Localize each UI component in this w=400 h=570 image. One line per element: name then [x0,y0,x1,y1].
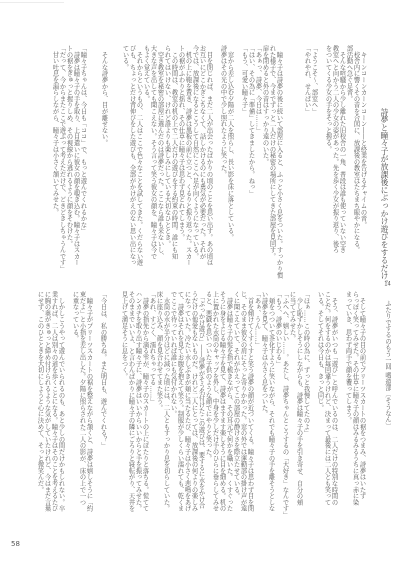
text-column: 詩夢はその光の中で少し照れたように笑った。 [220,45,227,281]
blank-column [65,291,72,529]
blank-column [290,45,297,281]
text-column: 今では、放課後になるとこうして自然にここへ足が向くようになっている。 [192,45,199,281]
text-column: まっていき、思わず両手で顔を覆ってしまう。 [345,291,352,529]
section-heading: ふたりでするのもう一回、 [383,300,391,370]
text-column: に当ててみせた。 [289,291,296,529]
page-edge-rule [0,2,64,3]
text-column: キーンコーンカーンコーン――と終業を告げるチャイムの音。 [360,45,367,281]
blank-column [115,45,122,281]
text-column: 首を傾けてくすくすと笑う詩夢の顔が近づいてくる。瞳々子は思わず目を閉 [247,291,254,529]
dialogue-column: 「ふへへ、嬉しい……。あたし、詩夢ちゃんとこうするの「大好き」なんです」 [282,291,289,529]
dialogue-column: 「もう、可愛い瞳々子」 [241,45,248,281]
text-column: 束だよ」と小指を差し出した。夕陽に照らされた二人の影が、床の上で一つ [79,291,86,529]
dialogue-column: 「はい、その為に「準備」してきましたから。ねっ」 [248,45,255,281]
text-column: らっぽく笑ってみせた。その仕草に瞳々子の顔はみるみるうちに真っ赤に染 [352,291,359,529]
dialogue-column: 「ようこそ～、部室へ」 [311,45,318,281]
page-number: 58 [11,540,20,548]
text-column: 見上げて満足そうに息をつく。 [121,291,128,529]
text-column: い詩夢を見て、瞳々子は小さく息をついた。 [261,291,268,529]
blank-column [234,45,241,281]
text-column: お互いにどこかぎこちなくて、話しかけるのにも勇気が必要だった。それが [199,45,206,281]
blank-column [283,45,290,281]
text-column: 詩夢は瞳々子の髪を指で梳きながら、その耳元で何かを囁いた。くすぐった [226,291,233,529]
text-column: いる。そしてそれは今日も、きっと同じ。 [317,291,324,529]
text-column: そのままでいいよ、と言わんばかりに瞳々子の隣にごろりと寝転がり、天井を [128,291,135,529]
text-column: 大きな声を出しても聞こえない。そう言って笑う彼女の顔を、瞳々子は今で [150,45,157,281]
text-column: 瞳々子がプリーツスカートの裾を整えながら頷くと、詩夢は嬉しそうに「約 [86,291,93,529]
dialogue-column: 「だって、今からまたここで遊ぶって考えただけで、どきどきしちゃうんです」 [59,45,66,281]
blank-column [108,45,115,281]
dialogue-column: 「瞳々子ちゃんは、今日も「ココ」で、もっと遊んでくれるかな」 [80,45,87,281]
text-column: そうに身をよじる瞳々子を見て、詩夢はますます楽しそうに目を細める。机の [219,291,226,529]
text-column: 教室へと向かう二人の少女の姿があった。先を歩く少女が振り返り、後ろ [332,45,339,281]
text-column: 窓から差し込む夕陽が二人を照らし、長い影を床に落としている。 [227,45,234,281]
text-column: 少し恥ずかしそうにしながらも、詩夢は瞳々子の手を引き寄せ、自分の頬 [296,291,303,529]
dialogue-column: 「あぁ、うん……」 [254,291,261,529]
text-column: になっていた。冷たい水しぶきが頬に当たるたび、瞳々子は小さく悲鳴をあげ [184,291,191,529]
dialogue-column: 「ほぁ……この時の為に、ずっと我慢してたのよ」 [303,291,310,529]
text-column: 目を閉じれば、まだ二人が出会ったばかりの頃のことを思い出す。あの頃は [206,45,213,281]
text-column: ると、悪戯を思いついた子供のような顔でにやりと笑った。 [205,291,212,529]
text-column: そんな詩夢から、目が離せない。 [101,45,108,281]
text-column: 甘い吐息を漏らしながら、瞳々子は小さく頷いてみせた。 [52,45,59,281]
text-column: に重なっている。 [72,291,79,529]
text-column: でここで待っていれば誰にも気付かれない。 [170,291,177,529]
text-column: そう、詩夢がいつも「遊び」と呼んでいるのは、二人だけの特別な時間の [331,291,338,529]
text-column: 机の上に鞄を置き、詩夢は黒板の前に立つと、くるりと振り返った。スカー [185,45,192,281]
blank-column [213,45,220,281]
text-column: ハンカチを取り出す瞳々子に、詩夢はいいからいいからと手を振ってみせた。 [135,291,142,529]
dialogue-column: 「今日は、私の勝ちね。また明日も、遊んでくれる？」 [100,291,107,529]
story-title: 詩夢と瞳々子が放課後にぶっかけ遊びをするだけ。 [379,108,389,298]
text-column: をついてくる少女の手をそっと握る。 [325,45,332,281]
text-column: うだけの他愛もないものだ。けれど二人にとっては、放課後の何よりの楽しみ [191,291,198,529]
section-number: 14 [383,281,392,293]
section-credit: 嗜遊部〔そうなん〕 [383,372,391,432]
dialogue-column: 「あぁっ、詩夢、今日は……」 [255,45,262,281]
text-column: 詩夢の指先から滴る雫が、瞳々子のスカートの上にぽたりと落ちる。慌てて [142,291,149,529]
text-column: 詩夢は瞳々子の手を取り、上目遣いに彼女の顔を覗き込む。瞳々子はスカー [73,45,80,281]
text-column: 業すれば、二人は別々の道を歩くことになる。瞳々子はそのことを考えるたび [51,291,58,529]
blank-column [114,291,121,529]
text-column: にせず、このひとときを大切にしようと心に決めて、そっと微笑んだ。 [37,291,44,529]
text-column: そんな喧騒から少し離れた旧校舎の一角、普段は誰も使っていない空き [339,45,346,281]
text-column: ている。 [122,45,129,281]
text-column: て、詩夢はそれを見てお腹を抱えて笑う。制服が少しくらい濡れても、乾くま [177,291,184,529]
blank-column [107,291,114,529]
text-column: そして瞳々子の目の前でプリーツスカートの裾をつまみ、詩夢はいたず [359,291,366,529]
dialogue-column: 「もう、詩夢のいじわる」 [275,291,282,529]
text-column: しかしこうやって遊んでいられるのも、あと少しの間だけかもしれない。卒 [58,291,65,529]
lower-text-block: そして瞳々子の目の前でプリーツスカートの裾をつまみ、詩夢はいたず らっぽく笑って… [37,291,366,529]
text-column: くに聞こえていて、それがかえってこの部屋の静けさを際立たせている。 [233,291,240,529]
text-column: 部活動へ急ぐ足音。 [346,45,353,281]
text-column: 頬をつついて茶化すように笑いながら、それでも瞳々子の手を離そうとしな [268,291,275,529]
dialogue-column: 「あれ、すごく、濡れちゃってる……」 [149,291,156,529]
text-column: もよく覚えている。 [143,45,150,281]
text-column: 上に置かれた水筒のキャップを外し、中身を少しだけ手のひらに垂らしてみせ [212,291,219,529]
text-column: それからというもの、二人はここで色々なことを試してきた。くだらない遊 [136,45,143,281]
text-column: 校舎内に響くその音を合図に、放課後の教室はたちまち賑やかになる。 [353,45,360,281]
blank-column [310,291,317,529]
text-column: 床に座り込み、顔を見合わせてまた笑う。 [156,291,163,529]
blank-column [93,291,100,529]
text-column: じ、そのまま彼女の肩にそっと寄りかかった。窓の外では運動部の掛け声が遠 [240,291,247,529]
blank-column [338,291,345,529]
blank-column [318,45,325,281]
text-column: トの裾をぎゅっと握りしめ、その視線から逃れるように顔をそむけた。 [66,45,73,281]
text-column: られてはいけない、けれど誰よりも楽しみにしている大切なひととき。 [164,45,171,281]
text-column: 水筒の水が半分ほどに減った頃には、二人ともすっかり息を切らしていた。 [163,291,170,529]
blank-column [94,45,101,281]
blank-column [297,45,304,281]
text-column: 空き教室を秘密の部屋に選んだのは詩夢だった。ここなら誰も来ないし、 [157,45,164,281]
blank-column [87,45,94,281]
upper-text-block: キーンコーンカーンコーン――と終業を告げるチャイムの音。 校舎内に響くその音を合… [52,45,367,281]
text-column: ことだ。何をするのかは毎回違うけれど、決まって最後には二人とも笑って [324,291,331,529]
text-column: この時間は、教室の机の上で二人だけの遊びをする約束の時間。誰にも知 [171,45,178,281]
text-column: 「ぶっかけ遊び」――詩夢がそう名付けたこの遊びは、要するに水をかけ合 [198,291,205,529]
text-column: れた様子で、今までずっと二人だけの秘密の場所にしてきた部屋を見回す。 [269,45,276,281]
text-column: に胸の奥がきゅっと締め付けられるような気がしていたけれど、今はまだ言葉 [44,291,51,529]
text-column: 瞳々子は詩夢の後に続いて部屋に入ると、ふっと小さく息をついた。すっかり慣 [276,45,283,281]
text-column: 扉を閉めると外の音はすっかり遠のいた。 [262,45,269,281]
dialogue-column: 「やれやれ、せんぱい」 [304,45,311,281]
text-column: びも、ちょっとだけ背伸びをした遊びも、全部がかけがえのない思い出になっ [129,45,136,281]
text-column: トの裾がふわりと揺れ、その仕草に瞳々子は思わず見とれてしまう。 [178,45,185,281]
